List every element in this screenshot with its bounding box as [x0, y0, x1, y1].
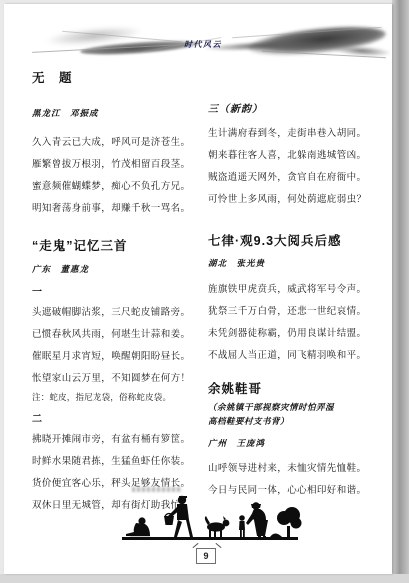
poem2-line: 时鲜水果随君拣，生猛鱼虾任你装。: [32, 451, 206, 473]
scan-edge-right: [392, 0, 409, 583]
poem3-line: 可怜世上多风雨，何处荫遮庇弱虫？: [208, 189, 392, 211]
poem2-note: 注：蛇皮，指尼龙袋，俗称蛇皮袋。: [32, 390, 206, 404]
poem1-line: 久入青云已大成，呼风可是济苍生。: [32, 132, 206, 154]
poem4-title: 七律·观9.3大阅兵后感: [208, 231, 392, 249]
poem4-line: 犹祭三千万白骨，还悲一世纪哀情。: [208, 301, 392, 323]
poem2-part2-label: 二: [32, 410, 206, 425]
poem1-author: 黑龙江 邓振成: [32, 107, 206, 119]
poem5-title: 余姚鞋哥: [208, 379, 392, 397]
poem1-title: 无 题: [32, 68, 206, 86]
poem4-line: 旌旗铁甲虎贲兵，威武将军号令声。: [208, 279, 392, 301]
left-column: 无 题 黑龙江 邓振成 久入青云已大成，呼风可是济苍生。 雁繁曾拔万根羽，竹茂相…: [32, 68, 206, 517]
poem5-author: 广州 王庞鸿: [208, 437, 392, 449]
poem5-line: 山呼领导进村来，未恤灾情先恤鞋。: [208, 458, 392, 480]
poem1-line: 蜜意频催蝴蝶梦，痴心不负孔方兄。: [32, 176, 206, 198]
poem2-line: 已惯春秋风共雨，何堪生计蒜和姜。: [32, 324, 206, 346]
scan-edge-bottom: [0, 574, 409, 583]
poem4-line: 未凭剑器徒称霸，仍用良谋计结盟。: [208, 323, 392, 345]
poem2-line: 头遮破帽脚沾浆，三尺蛇皮铺路旁。: [32, 302, 206, 324]
magazine-title: 时代风云: [184, 39, 222, 50]
magazine-page: 时代风云 无 题 黑龙江 邓振成 久入青云已大成，呼风可是济苍生。 雁繁曾拔万根…: [4, 4, 392, 574]
poem3-line: 生计满府春到冬，走街串巷入胡同。: [208, 123, 392, 145]
ornament-tick: [215, 543, 221, 548]
poem2-line: 怅望家山云万里，不知圆梦在何方！: [32, 368, 206, 390]
poem5-note-line: 高档鞋要村支书背）: [208, 415, 392, 429]
page-number: 9: [196, 548, 216, 564]
poem3-line: 朝来暮往客人喜，北躲南逃城管凶。: [208, 145, 392, 167]
poem2-line: 拂晓开摊闹市旁，有盆有桶有箩筐。: [32, 429, 206, 451]
poem2-part1-label: 一: [32, 283, 206, 298]
ink-brush-header-art: 时代风云: [32, 24, 388, 68]
poem2-line: 催眠星月求宵短，唤醒朝阳盼昼长。: [32, 346, 206, 368]
poem3-title: 三（新韵）: [208, 100, 392, 115]
poem4-author: 湖北 张光贵: [208, 257, 392, 269]
page-number-ornament: 9: [192, 542, 222, 566]
poem2-author: 广东 董惠龙: [32, 263, 206, 275]
poem2-title: “走鬼”记忆三首: [32, 236, 206, 254]
right-column: 三（新韵） 生计满府春到冬，走街串巷入胡同。 朝来暮往客人喜，北躲南逃城管凶。 …: [208, 100, 392, 502]
scanned-page: 时代风云 无 题 黑龙江 邓振成 久入青云已大成，呼风可是济苍生。 雁繁曾拔万根…: [0, 0, 409, 583]
poem4-line: 不战屈人当正道，同飞精羽唤和平。: [208, 345, 392, 367]
poem1-line: 明知奢荡身前事，却赚千秋一骂名。: [32, 198, 206, 220]
poem5-note-line: （余姚镇干部视察灾情时怕弄湿: [208, 401, 392, 415]
poem3-line: 贼盗逍遥天网外，贪官自在府衙中。: [208, 167, 392, 189]
poem1-line: 雁繁曾拔万根羽，竹茂相留百段茎。: [32, 154, 206, 176]
